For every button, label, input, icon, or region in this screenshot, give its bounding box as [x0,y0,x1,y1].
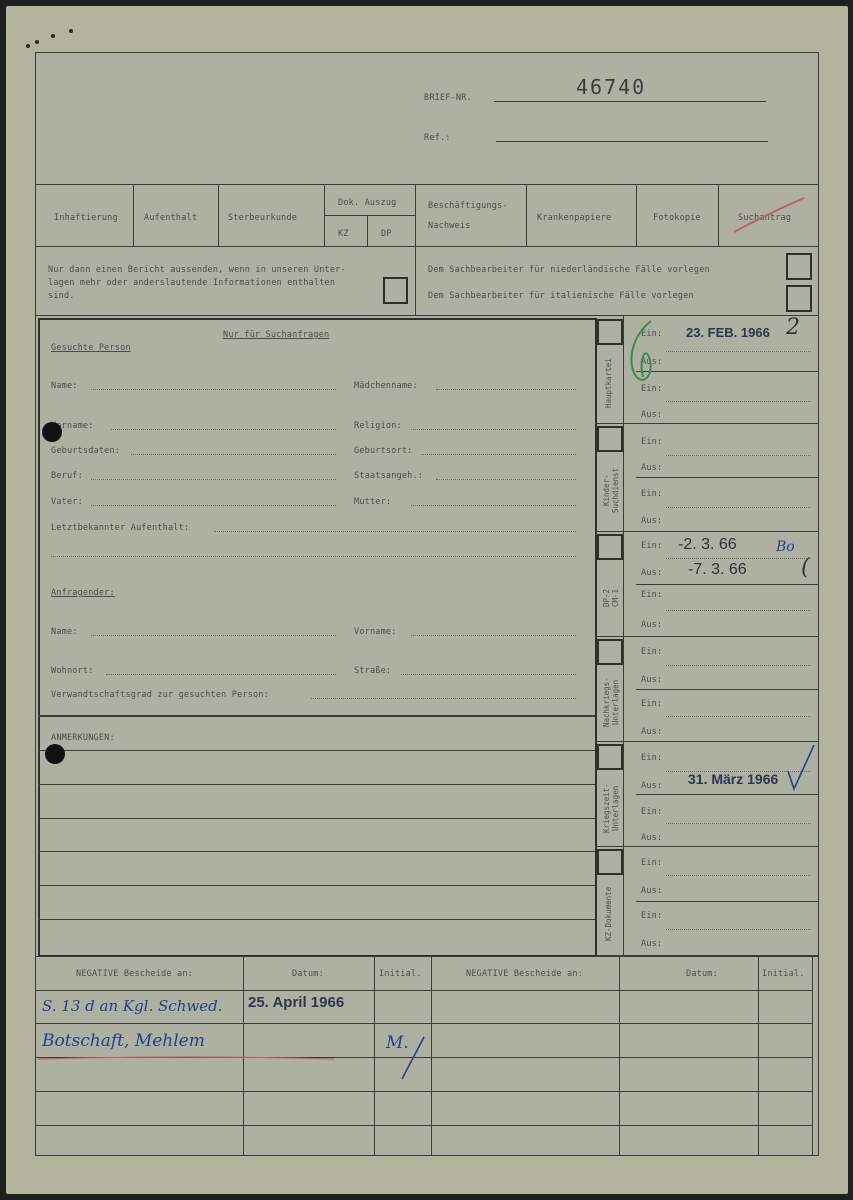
aus-label: Aus: [641,727,662,737]
kriegszeit-label: Kriegszeit- Unterlagen [602,773,620,843]
bericht-checkbox[interactable] [383,277,408,304]
search-form-title: Nur für Suchanfragen [223,330,329,340]
name-label: Name: [51,381,78,391]
neg-bescheide-header-right: NEGATIVE Bescheide an: [466,969,583,979]
staatsangeh-label: Staatsangeh.: [354,471,423,481]
dp-cm-label: DP-2 CM-1 [602,563,620,633]
bericht-notice-line2: lagen mehr oder anderslautende Informati… [48,278,335,288]
punch-hole [42,422,62,442]
staple-mark [69,29,73,33]
staple-mark [51,34,55,38]
initial-slash-mark-icon [398,1035,428,1081]
maedchenname-field[interactable] [436,389,576,390]
niederlaendisch-checkbox[interactable] [786,253,812,280]
bericht-notice-line1: Nur dann einen Bericht aussenden, wenn i… [48,265,346,275]
ein-label: Ein: [641,647,662,657]
category-dok-auszug: Dok. Auszug [338,198,397,208]
verwandtschaft-field[interactable] [311,698,576,699]
anmerkungen-label: ANMERKUNGEN: [51,733,115,743]
ref-line[interactable] [496,141,768,142]
anf-name-label: Name: [51,627,78,637]
anmerkungen-line[interactable] [38,851,595,852]
search-form-box [38,318,597,957]
geburtsort-field[interactable] [421,454,576,455]
gesuchte-person-heading: Gesuchte Person [51,343,131,353]
maedchenname-label: Mädchenname: [354,381,418,391]
ein-label: Ein: [641,541,662,551]
vater-field[interactable] [91,505,336,506]
ref-label: Ref.: [424,133,451,143]
ein-label: Ein: [641,807,662,817]
neg-row2-bescheide[interactable]: Botschaft, Mehlem [42,1031,205,1051]
anfragender-heading: Anfragender: [51,588,115,598]
mutter-field[interactable] [411,505,576,506]
ein-label: Ein: [641,384,662,394]
italienisch-checkbox[interactable] [786,285,812,312]
neg-initial-header-right: Initial. [762,969,805,979]
geburtsort-label: Geburtsort: [354,446,413,456]
nachkriegs-label: Nachkriegs- Unterlagen [602,667,620,737]
letzter-aufenthalt-field[interactable] [214,531,576,532]
nachkriegs-checkbox[interactable] [597,639,623,665]
bericht-notice-line3: sind. [48,291,75,301]
dp-cm-check-mark: ( [801,555,810,580]
brief-nr-value[interactable]: 46740 [576,75,646,99]
kz-dokumente-checkbox[interactable] [597,849,623,875]
wohnort-label: Wohnort: [51,666,94,676]
category-sterbeurkunde[interactable]: Sterbeurkunde [228,213,297,223]
ein-label: Ein: [641,753,662,763]
neg-row1-datum-stamp[interactable]: 25. April 1966 [248,994,344,1011]
religion-field[interactable] [411,429,576,430]
aus-label: Aus: [641,781,662,791]
hauptkartei-ein-stamp: 23. FEB. 1966 [686,325,770,340]
ein-label: Ein: [641,489,662,499]
category-krankenpapiere[interactable]: Krankenpapiere [537,213,611,223]
beruf-label: Beruf: [51,471,83,481]
italienisch-notice: Dem Sachbearbeiter für italienische Fäll… [428,291,694,301]
green-signature-icon [621,317,663,389]
letzter-aufenthalt-field-line2[interactable] [51,556,576,557]
verwandtschaft-label: Verwandtschaftsgrad zur gesuchten Person… [51,690,269,700]
kriegszeit-checkbox[interactable] [597,744,623,770]
hauptkartei-mark: 2 [786,315,800,340]
category-dp[interactable]: DP [381,229,392,239]
ein-label: Ein: [641,699,662,709]
mutter-label: Mutter: [354,497,391,507]
category-inhaftierung[interactable]: Inhaftierung [54,213,118,223]
index-card-form: BRIEF-NR. 46740 Ref.: Inhaftierung Aufen… [35,52,819,1156]
brief-nr-label: BRIEF-NR. [424,93,472,103]
dp-cm-checkbox[interactable] [597,534,623,560]
kriegszeit-aus-stamp: 31. März 1966 [688,771,778,787]
anmerkungen-line[interactable] [38,919,595,920]
anmerkungen-line[interactable] [38,750,595,751]
name-field[interactable] [91,389,336,390]
dp-cm-aus-stamp: -7. 3. 66 [688,561,747,579]
staatsangeh-field[interactable] [436,479,576,480]
staple-mark [35,40,39,44]
aus-label: Aus: [641,516,662,526]
aus-label: Aus: [641,463,662,473]
neg-datum-header-left: Datum: [292,969,324,979]
punch-hole [45,744,65,764]
blue-check-mark-icon [784,743,818,793]
ein-label: Ein: [641,858,662,868]
kinder-suchdienst-checkbox[interactable] [597,426,623,452]
strasse-label: Straße: [354,666,391,676]
ein-label: Ein: [641,911,662,921]
neg-datum-header-right: Datum: [686,969,718,979]
vater-label: Vater: [51,497,83,507]
red-strike-mark-icon [732,196,807,236]
wohnort-field[interactable] [106,674,336,675]
category-aufenthalt[interactable]: Aufenthalt [144,213,197,223]
red-underline-mark-icon [36,1053,336,1063]
anmerkungen-line[interactable] [38,885,595,886]
geburtsdaten-label: Geburtsdaten: [51,446,120,456]
anf-name-field[interactable] [91,635,336,636]
aus-label: Aus: [641,410,662,420]
ein-label: Ein: [641,590,662,600]
neg-bescheide-header-left: NEGATIVE Bescheide an: [76,969,193,979]
category-kz[interactable]: KZ [338,229,349,239]
aus-label: Aus: [641,939,662,949]
vorname-field[interactable] [111,429,336,430]
category-beschaeftigung-line2: Nachweis [428,221,471,231]
anf-vorname-label: Vorname: [354,627,397,637]
kinder-suchdienst-label: Kinder- Suchdienst [602,453,620,527]
anmerkungen-line[interactable] [38,818,595,819]
aus-label: Aus: [641,620,662,630]
hauptkartei-checkbox[interactable] [597,319,623,345]
hauptkartei-label: Hauptkartei [604,347,613,419]
neg-initial-header-left: Initial. [379,969,422,979]
neg-row1-bescheide[interactable]: S. 13 d an Kgl. Schwed. [42,997,222,1015]
dp-cm-initial: Bo [776,539,795,555]
letzter-aufenthalt-label: Letztbekannter Aufenthalt: [51,523,189,533]
anmerkungen-line[interactable] [38,784,595,785]
brief-nr-line [494,101,766,102]
category-fotokopie[interactable]: Fotokopie [653,213,701,223]
religion-label: Religion: [354,421,402,431]
aus-label: Aus: [641,675,662,685]
ein-label: Ein: [641,437,662,447]
category-beschaeftigung[interactable]: Beschäftigungs- [428,201,508,211]
strasse-field[interactable] [401,674,576,675]
aus-label: Aus: [641,833,662,843]
dp-cm-ein-stamp: -2. 3. 66 [678,536,737,554]
anf-vorname-field[interactable] [411,635,576,636]
kz-dokumente-label: KZ-Dokumente [604,877,613,951]
niederlaendisch-notice: Dem Sachbearbeiter für niederländische F… [428,265,710,275]
beruf-field[interactable] [91,479,336,480]
staple-mark [26,44,30,48]
aus-label: Aus: [641,568,662,578]
geburtsdaten-field[interactable] [131,454,336,455]
aus-label: Aus: [641,886,662,896]
